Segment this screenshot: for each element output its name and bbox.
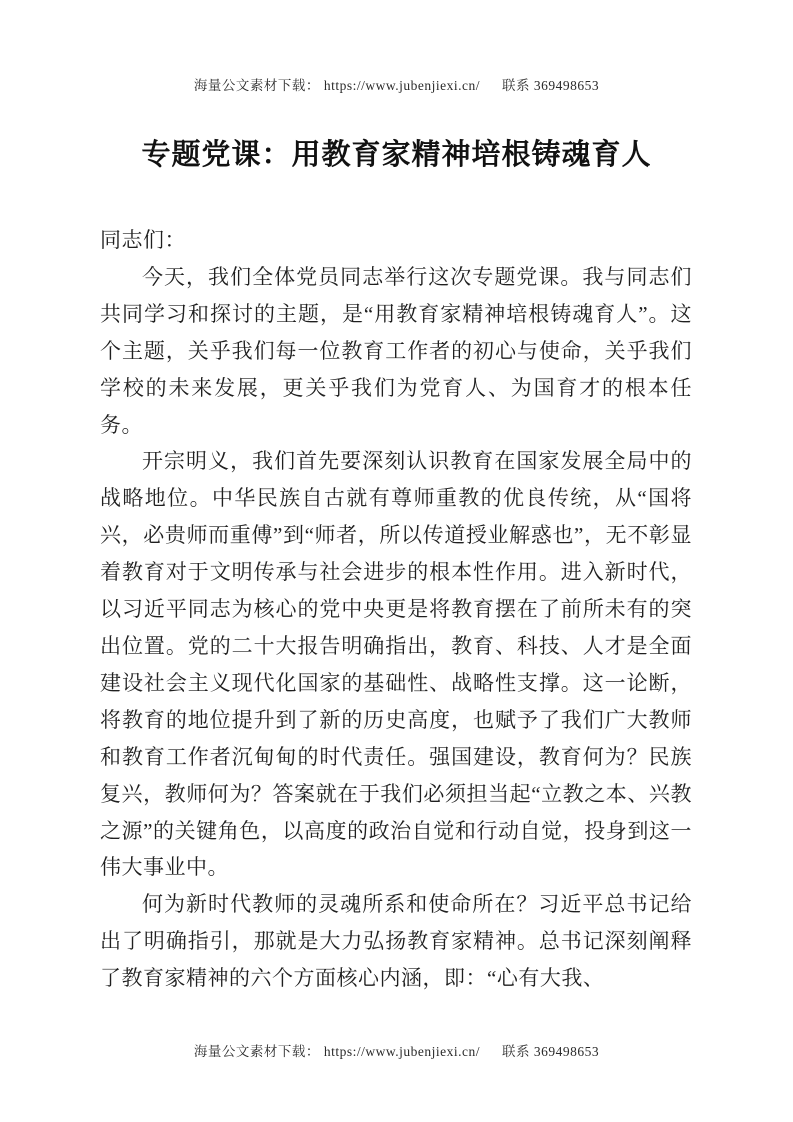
paragraph-1: 今天，我们全体党员同志举行这次专题党课。我与同志们共同学习和探讨的主题，是“用教… xyxy=(100,259,692,444)
page-header: 海量公文素材下载：https://www.jubenjiexi.cn/联系 36… xyxy=(0,74,793,94)
document-body: 同志们： 今天，我们全体党员同志举行这次专题党课。我与同志们共同学习和探讨的主题… xyxy=(100,222,692,997)
header-site-url: https://www.jubenjiexi.cn/ xyxy=(324,78,480,93)
document-title: 专题党课：用教育家精神培根铸魂育人 xyxy=(0,132,793,173)
footer-site-url: https://www.jubenjiexi.cn/ xyxy=(324,1044,480,1059)
salutation: 同志们： xyxy=(100,222,692,259)
document-page: 海量公文素材下载：https://www.jubenjiexi.cn/联系 36… xyxy=(0,0,793,1122)
paragraph-2: 开宗明义，我们首先要深刻认识教育在国家发展全局中的战略地位。中华民族自古就有尊师… xyxy=(100,443,692,886)
footer-contact-info: 联系 369498653 xyxy=(502,1044,599,1059)
footer-source-label: 海量公文素材下载： xyxy=(194,1044,320,1059)
header-source-label: 海量公文素材下载： xyxy=(194,78,320,93)
paragraph-3: 何为新时代教师的灵魂所系和使命所在？习近平总书记给出了明确指引，那就是大力弘扬教… xyxy=(100,886,692,997)
page-footer: 海量公文素材下载：https://www.jubenjiexi.cn/联系 36… xyxy=(0,1040,793,1060)
header-contact-info: 联系 369498653 xyxy=(502,78,599,93)
